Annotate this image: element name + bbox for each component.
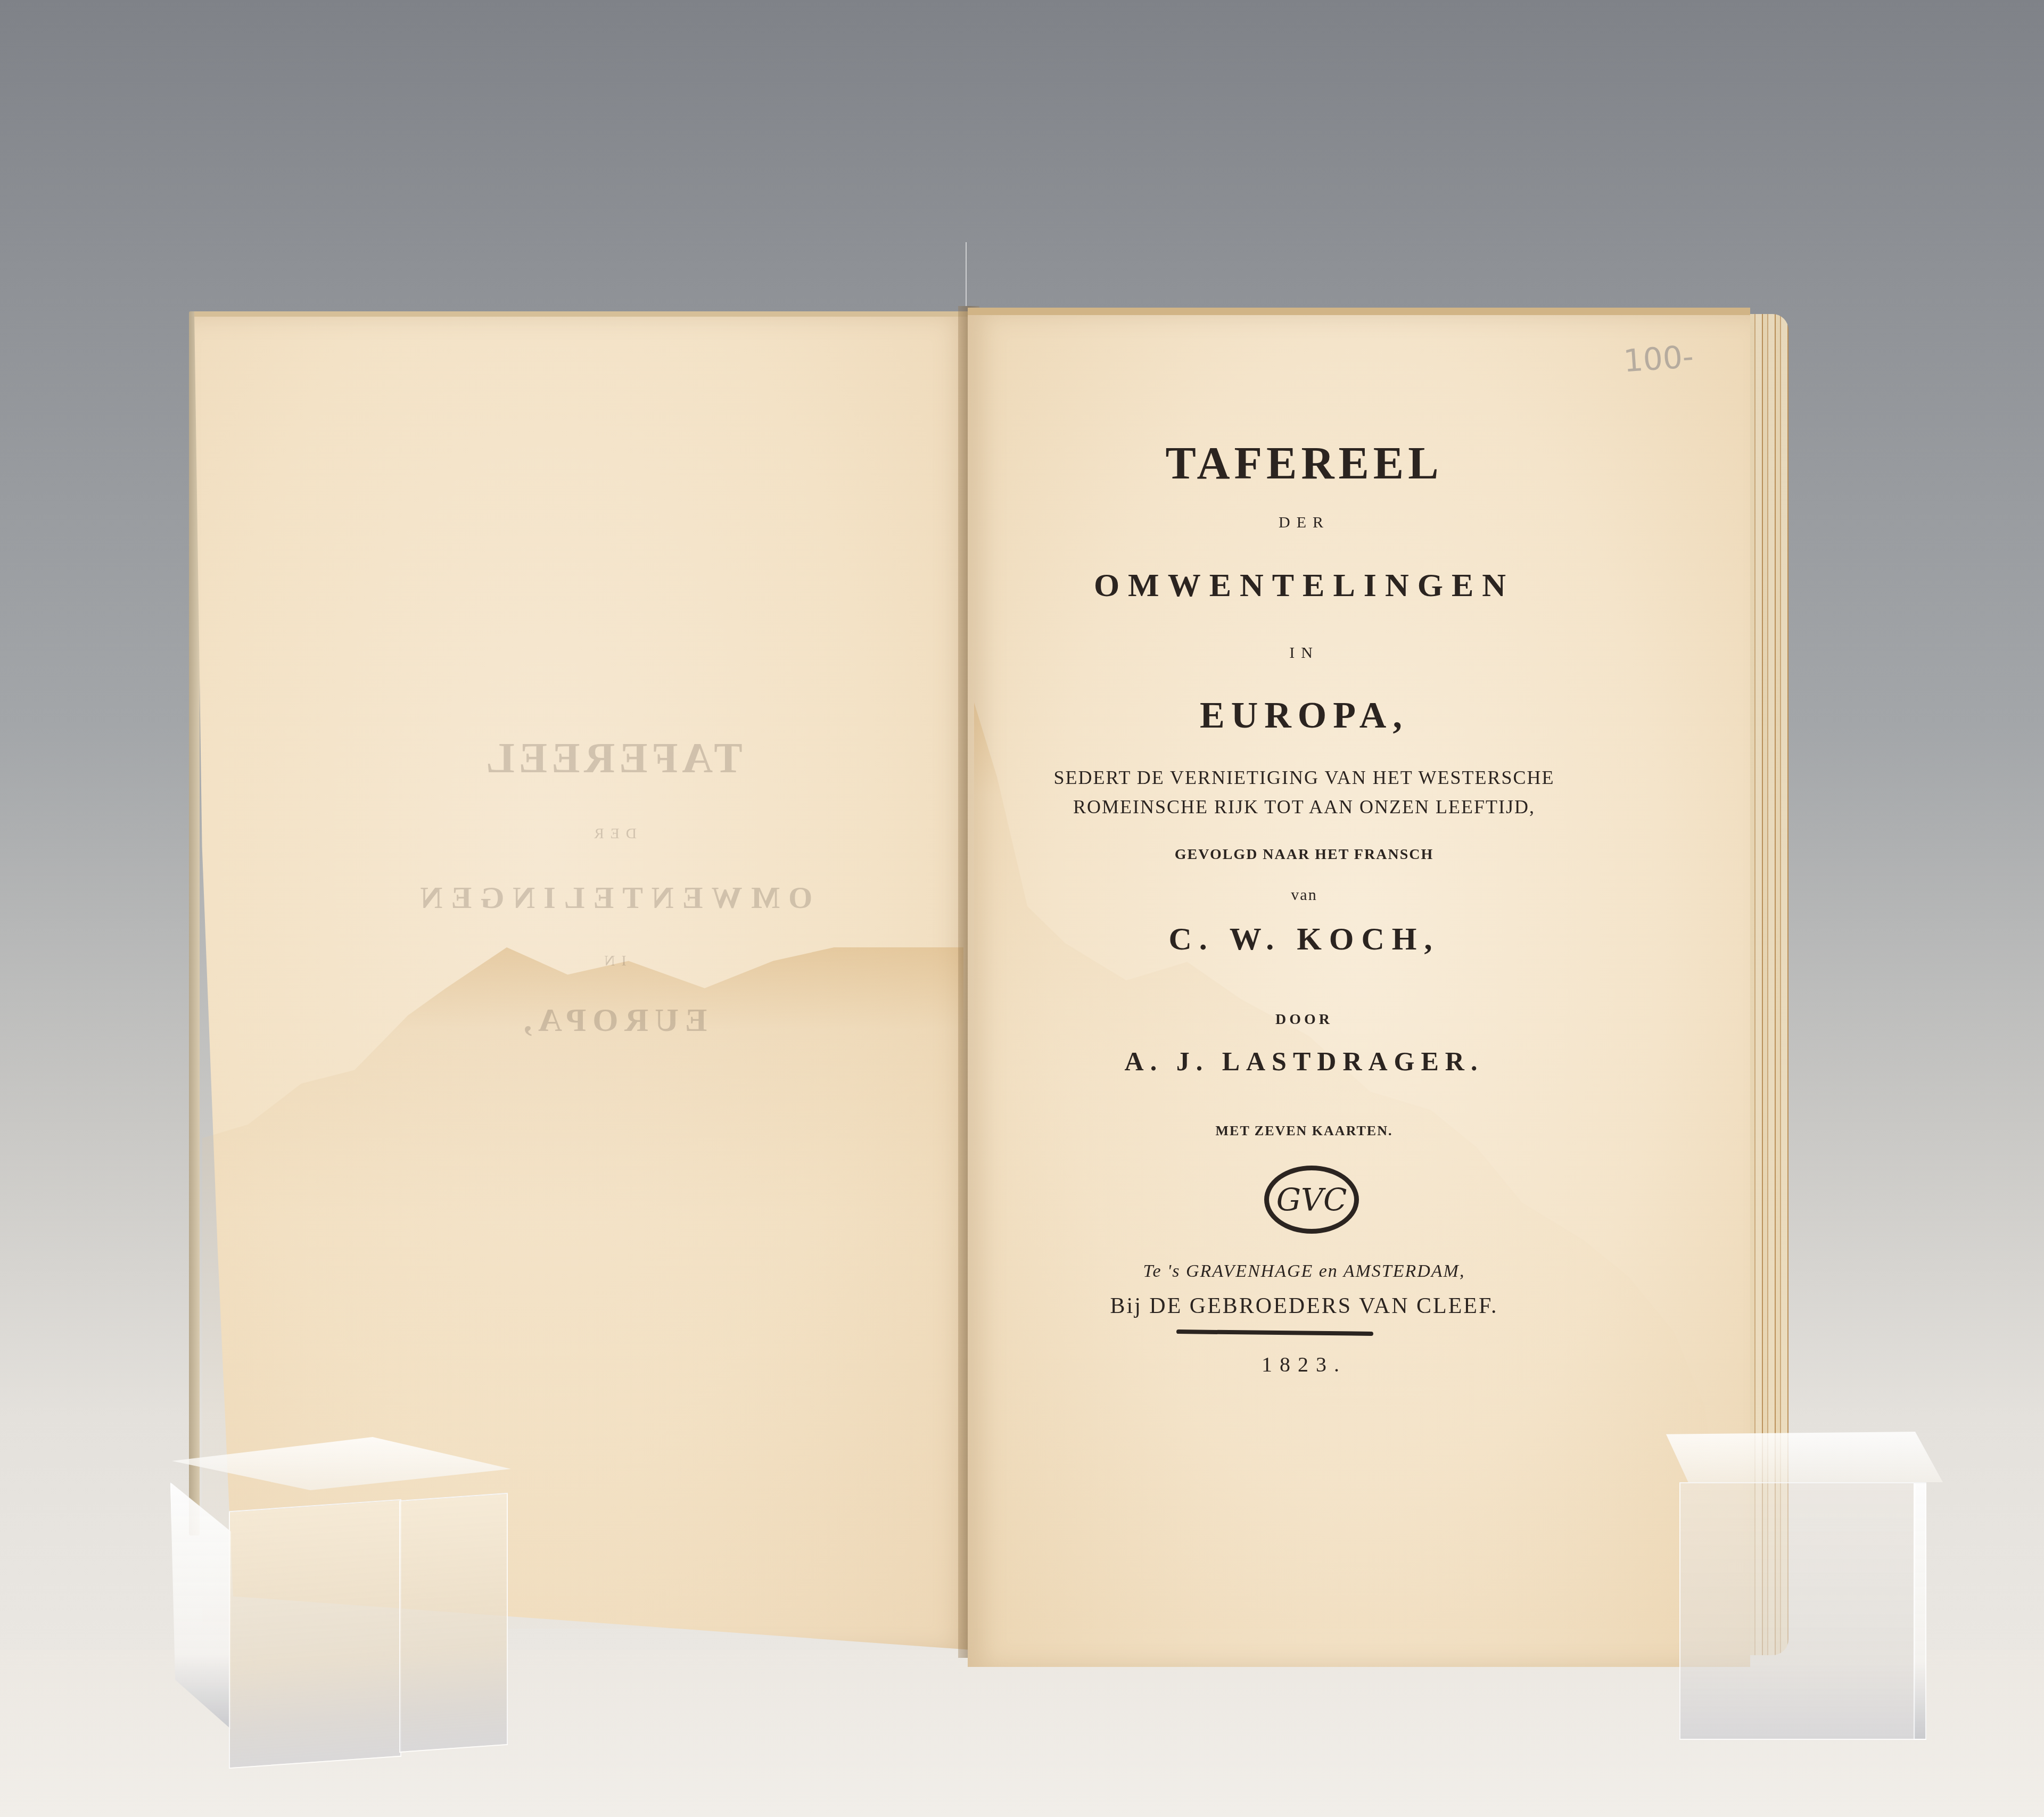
maps-note: MET ZEVEN KAARTEN. [985, 1123, 1623, 1139]
imprint-year: 1823. [985, 1352, 1623, 1377]
title-page [968, 308, 1750, 1667]
translation-note: GEVOLGD NAAR HET FRANSCH [985, 846, 1623, 863]
title-europa: EUROPA, [985, 695, 1623, 737]
ghost-omwentelingen: OMWENTELINGEN [373, 880, 852, 915]
cube-top-face [1666, 1432, 1943, 1482]
ghost-title: TAFEREEL [373, 734, 852, 783]
cube-top-face [165, 1437, 511, 1490]
translator-name: A. J. LASTDRAGER. [985, 1046, 1623, 1077]
title-der: DER [985, 514, 1623, 532]
cube-front-face [229, 1499, 401, 1769]
pencil-price-note: 100- [1622, 338, 1695, 379]
van-label: van [985, 886, 1623, 904]
title-omwentelingen: OMWENTELINGEN [985, 567, 1623, 605]
publisher-monogram-icon: GVC [1264, 1166, 1359, 1234]
cube-side-face [170, 1482, 231, 1729]
ghost-der: DER [373, 825, 852, 843]
show-through-text: TAFEREEL DER OMWENTELINGEN IN EUROPA, [373, 734, 852, 1039]
subtitle-line-1: SEDERT DE VERNIETIGING VAN HET WESTERSCH… [985, 766, 1623, 789]
acrylic-cube-right [1666, 1432, 1943, 1751]
imprint-place: Te 's GRAVENHAGE en AMSTERDAM, [985, 1261, 1623, 1282]
acrylic-cube-left [165, 1437, 511, 1778]
loose-thread [966, 242, 967, 306]
imprint-publisher: Bij DE GEBROEDERS VAN CLEEF. [985, 1293, 1623, 1319]
book-title: TAFEREEL [985, 436, 1623, 490]
ghost-europa: EUROPA, [373, 1002, 852, 1039]
cube-side-face [1914, 1482, 1926, 1740]
ghost-in: IN [373, 953, 852, 970]
title-in: IN [985, 644, 1623, 662]
cube-right-face [399, 1493, 508, 1753]
door-label: DOOR [985, 1011, 1623, 1028]
author-name: C. W. KOCH, [985, 921, 1623, 957]
cube-front-face [1679, 1482, 1916, 1740]
photo-scene: TAFEREEL DER OMWENTELINGEN IN EUROPA, 10… [0, 0, 2044, 1817]
subtitle-line-2: ROMEINSCHE RIJK TOT AAN ONZEN LEEFTIJD, [985, 796, 1623, 818]
